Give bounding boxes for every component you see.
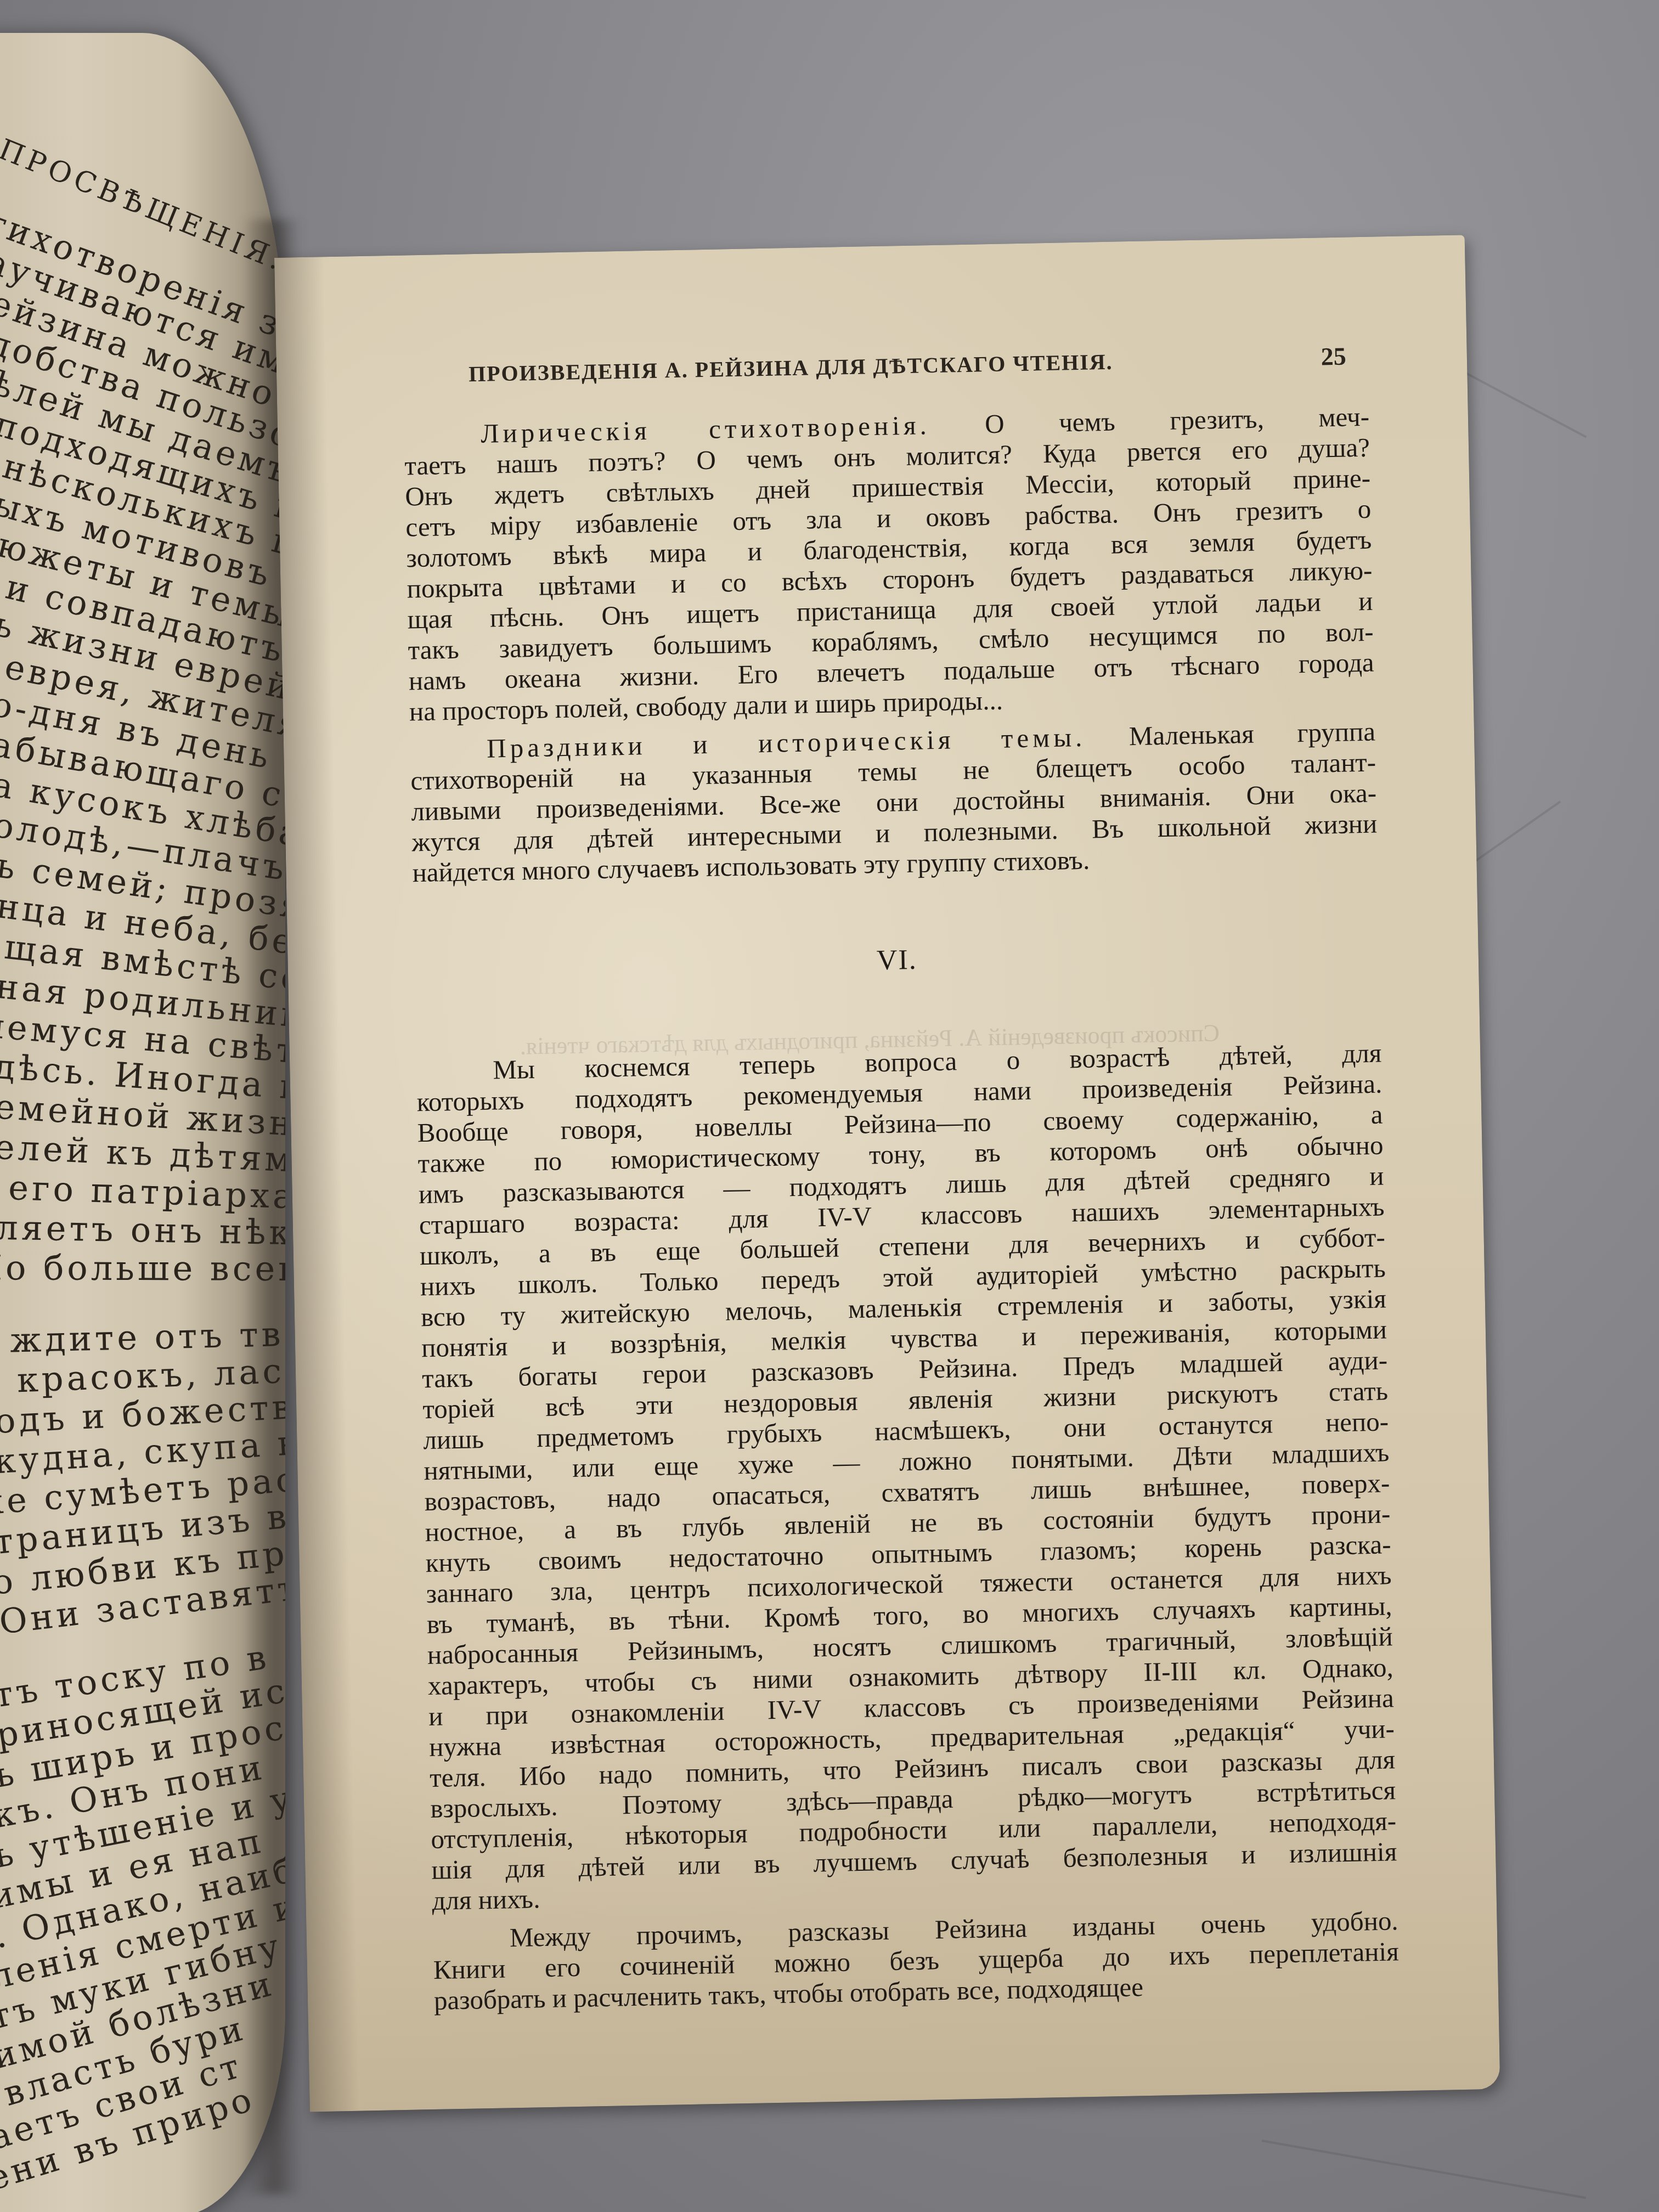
surface-texture [1262, 2140, 1587, 2199]
paragraph-age: Мы коснемся теперь вопроса о возрастѣ дѣ… [416, 1038, 1398, 1916]
right-page: ПРОИЗВЕДЕНІЯ А. РЕЙЗИНА ДЛЯ ДѢТСКАГО ЧТЕ… [274, 235, 1500, 2112]
running-title: ПРОИЗВЕДЕНІЯ А. РЕЙЗИНА ДЛЯ ДѢТСКАГО ЧТЕ… [469, 349, 1113, 387]
section-v-tail: Лирическія стихотворенія. О чемъ грезитъ… [404, 402, 1378, 889]
body-text: Лирическія стихотворенія. О чемъ грезитъ… [404, 402, 1400, 2024]
page-number: 25 [1321, 342, 1346, 371]
running-head: ПРОИЗВЕДЕНІЯ А. РЕЙЗИНА ДЛЯ ДѢТСКАГО ЧТЕ… [469, 342, 1347, 388]
section-number: VI. [414, 936, 1380, 985]
section-vi: Мы коснемся теперь вопроса о возрастѣ дѣ… [416, 1038, 1400, 2016]
paragraph-holidays: Праздники и историческія темы. Маленькая… [410, 716, 1378, 889]
paragraph-editions: Между прочимъ, разсказы Рейзина изданы о… [432, 1905, 1400, 2016]
paragraph-lyric: Лирическія стихотворенія. О чемъ грезитъ… [404, 402, 1375, 727]
